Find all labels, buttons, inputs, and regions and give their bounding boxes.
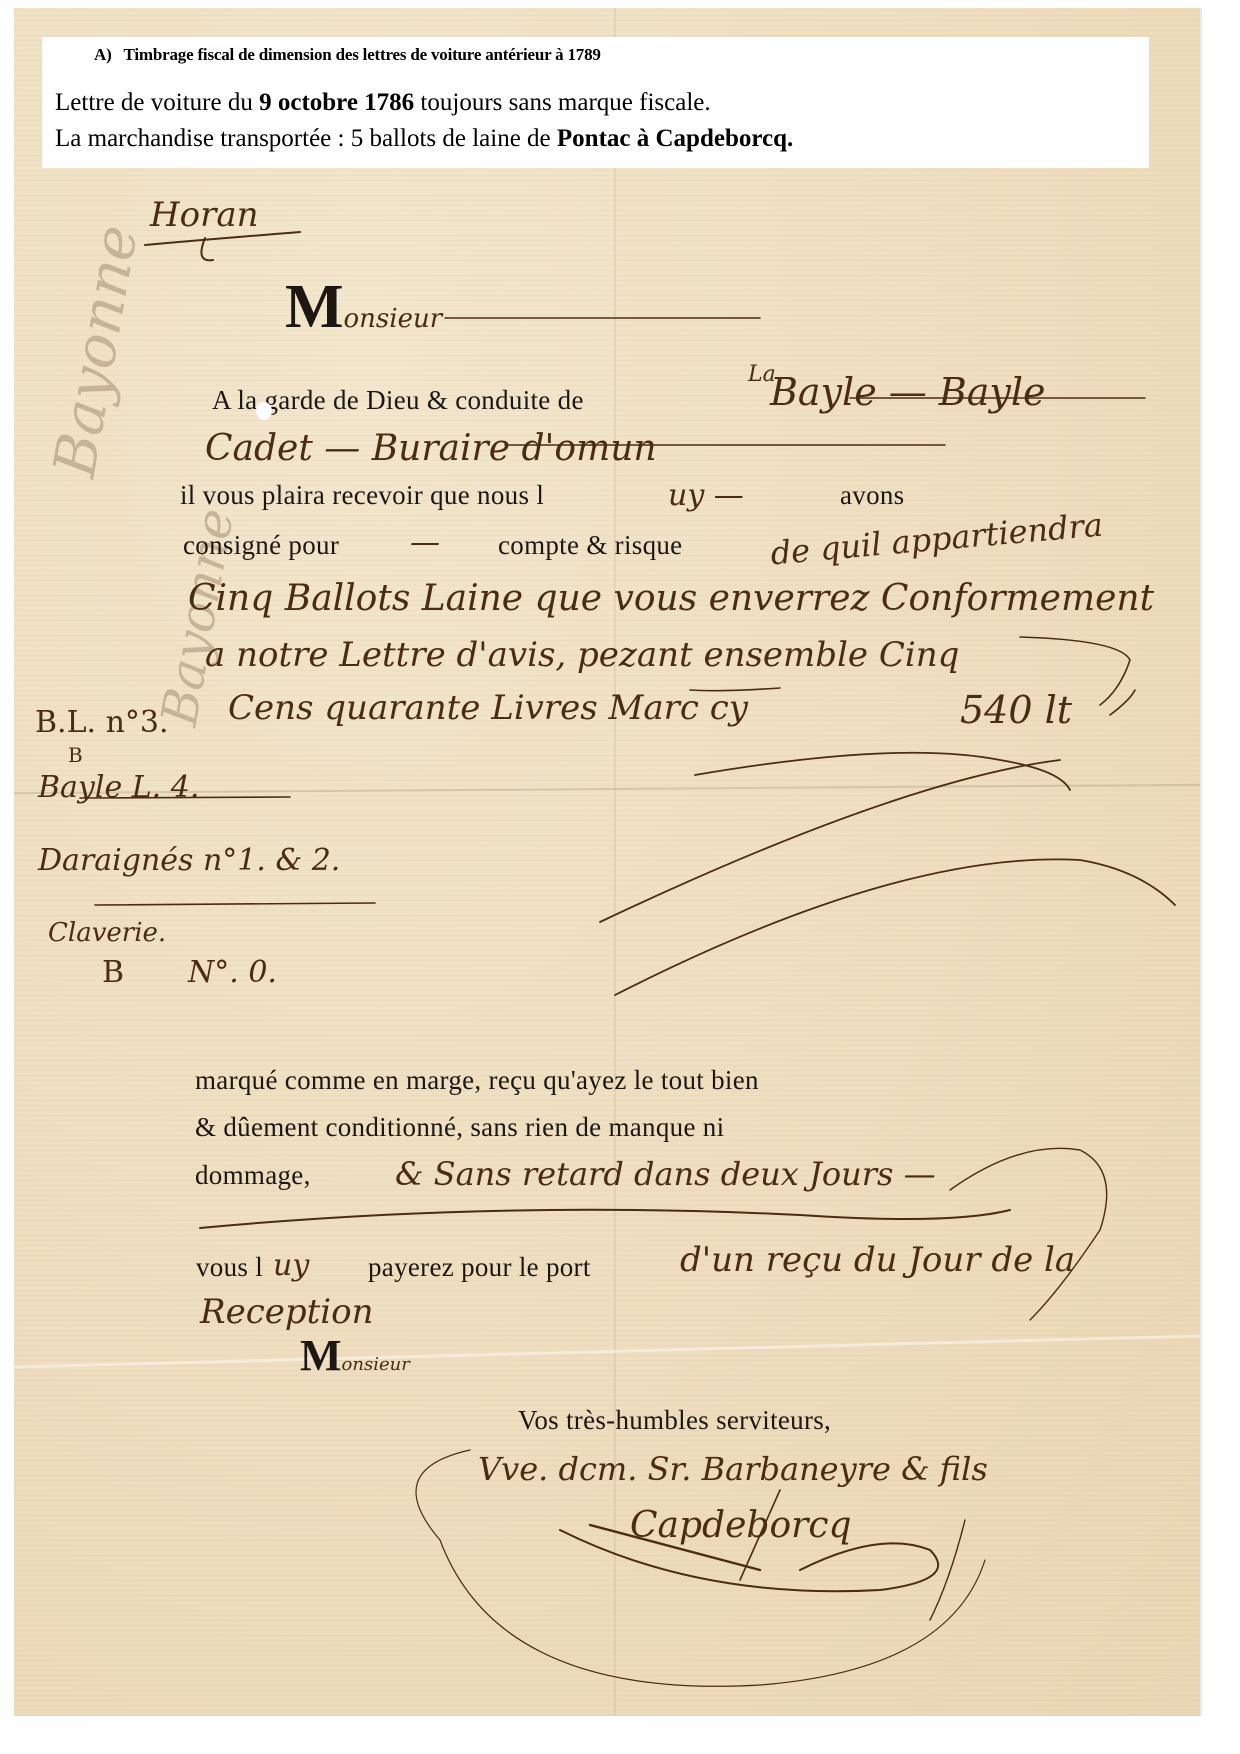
- caption-box: A)Timbrage fiscal de dimension des lettr…: [42, 37, 1149, 168]
- printed-line-3b: compte & risque: [498, 530, 682, 561]
- margin-mark-1-sub: B: [68, 743, 83, 767]
- hand-payment: d'un reçu du Jour de la: [680, 1240, 1075, 1280]
- printed-line-7a: vous l: [196, 1252, 263, 1283]
- caption-line2-pre: La marchandise transportée : 5 ballots d…: [55, 125, 557, 152]
- hand-uy-1: uy —: [668, 478, 744, 513]
- margin-mark-3-number: n°1. & 2.: [203, 843, 340, 878]
- printed-line-4: marqué comme en marge, reçu qu'ayez le t…: [195, 1065, 759, 1096]
- margin-mark-1-number: n°3.: [106, 705, 169, 740]
- signature-line-1: Vve. dcm. Sr. Barbaneyre & fils: [478, 1450, 988, 1488]
- closing-initial: M: [300, 1331, 342, 1380]
- carrier-name: Bayle — Bayle: [770, 370, 1046, 414]
- margin-mark-1-name: B.L.: [35, 705, 96, 740]
- printed-avons: avons: [840, 480, 905, 511]
- caption-heading: A)Timbrage fiscal de dimension des lettr…: [94, 45, 601, 65]
- dash: —: [410, 525, 440, 560]
- margin-mark-4-sub: B: [102, 955, 124, 990]
- signature-line-2: Capdeborcq: [630, 1505, 852, 1546]
- caption-line1-pre: Lettre de voiture du: [55, 89, 259, 116]
- caption-line-date: Lettre de voiture du 9 octobre 1786 touj…: [55, 89, 711, 117]
- caption-route: Pontac à Capdeborcq.: [557, 125, 793, 152]
- top-hand-place: Horan: [150, 195, 259, 235]
- printed-line-2: il vous plaira recevoir que nous l: [180, 480, 544, 511]
- margin-mark-3: Daraignés n°1. & 2.: [38, 843, 340, 878]
- goods-line-1: Cinq Ballots Laine que vous enverrez Con…: [188, 578, 1154, 619]
- caption-line1-post: toujours sans marque fiscale.: [414, 89, 710, 116]
- printed-closing: Vos très-humbles serviteurs,: [518, 1405, 831, 1436]
- goods-line-3: Cens quarante Livres Marc cy: [228, 688, 748, 728]
- margin-mark-1: B.L. n°3.: [35, 705, 169, 740]
- salutation-rest: onsieur: [344, 304, 443, 334]
- hand-delay: & Sans retard dans deux Jours —: [395, 1155, 936, 1193]
- caption-line-goods: La marchandise transportée : 5 ballots d…: [55, 125, 793, 153]
- salutation: Monsieur: [285, 272, 442, 343]
- goods-line-2: a notre Lettre d'avis, pezant ensemble C…: [205, 635, 959, 675]
- margin-mark-2-name: Bayle L.: [38, 770, 161, 805]
- margin-mark-4-number: N°. 0.: [188, 955, 277, 990]
- hand-uy-2: uy: [273, 1248, 309, 1283]
- printed-line-7b: payerez pour le port: [368, 1252, 591, 1283]
- printed-line-6: dommage,: [195, 1160, 311, 1191]
- printed-l: l: [536, 480, 544, 510]
- section-marker: A): [94, 45, 112, 64]
- carrier-line-2: Cadet — Buraire d'omun: [205, 428, 657, 469]
- printed-line-5: & dûement conditionné, sans rien de manq…: [195, 1112, 724, 1143]
- margin-mark-3-name: Daraignés: [38, 843, 193, 878]
- hand-payment-2: Reception: [200, 1292, 374, 1332]
- caption-date: 9 octobre 1786: [259, 89, 414, 116]
- printed-line-2-text: il vous plaira recevoir que nous: [180, 480, 529, 510]
- fold-crease-horizontal-lower: [14, 1334, 1200, 1368]
- weight: 540 lt: [960, 688, 1072, 732]
- closing-rest: onsieur: [342, 1354, 410, 1375]
- closing-salutation: Monsieur: [300, 1330, 410, 1381]
- margin-mark-2: Bayle L. 4.: [38, 770, 199, 805]
- margin-mark-4: Claverie.: [48, 918, 166, 948]
- printed-line-3a: consigné pour: [183, 530, 339, 561]
- salutation-initial: M: [285, 273, 344, 341]
- margin-mark-2-number: 4.: [171, 770, 200, 805]
- paper-hole: [256, 402, 272, 420]
- caption-heading-text: Timbrage fiscal de dimension des lettres…: [124, 45, 601, 64]
